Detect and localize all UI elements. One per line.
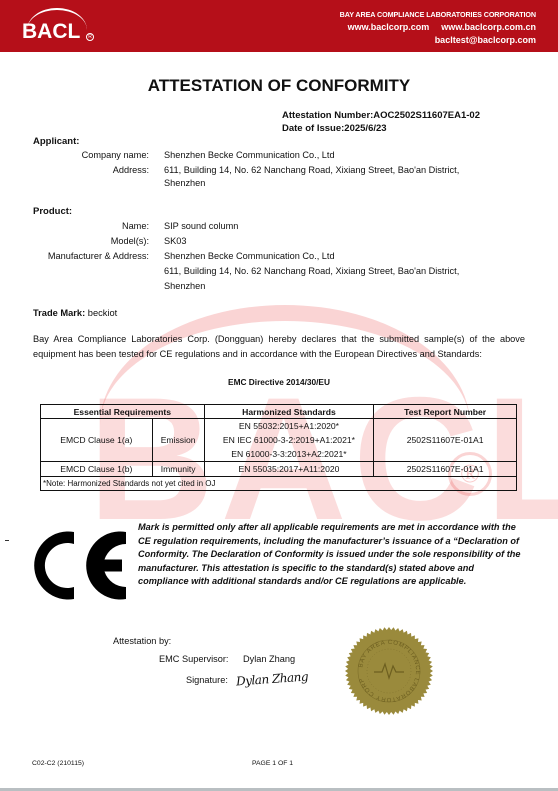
attestation-meta: Attestation Number:AOC2502S11607EA1-02 D… bbox=[282, 109, 480, 135]
website-cn-link[interactable]: www.baclcorp.com.cn bbox=[441, 22, 536, 32]
header-test-report-number: Test Report Number bbox=[374, 405, 517, 419]
logo-text: BACL bbox=[22, 20, 80, 44]
standard-item: EN 61000-3-3:2013+A2:2021* bbox=[207, 447, 372, 461]
standard-item: EN 55032:2015+A1:2020* bbox=[207, 419, 372, 433]
supervisor-label: EMC Supervisor: bbox=[159, 654, 228, 664]
attestation-by-label: Attestation by: bbox=[113, 636, 171, 646]
header-harmonized-standards: Harmonized Standards bbox=[204, 405, 374, 419]
form-code: C02-C2 (210115) bbox=[32, 760, 84, 767]
clause-cell: EMCD Clause 1(b) bbox=[41, 462, 153, 477]
table-row: EMCD Clause 1(a) Emission EN 55032:2015+… bbox=[41, 419, 517, 462]
table-note: *Note: Harmonized Standards not yet cite… bbox=[41, 477, 517, 491]
manufacturer-address-line-2: Shenzhen bbox=[164, 279, 205, 295]
company-name-label: Company name: bbox=[82, 148, 149, 164]
standards-cell: EN 55035:2017+A11:2020 bbox=[204, 462, 374, 477]
margin-tick bbox=[5, 540, 9, 541]
header-essential-requirements: Essential Requirements bbox=[41, 405, 205, 419]
company-name-value: Shenzhen Becke Communication Co., Ltd bbox=[164, 148, 335, 164]
applicant-heading: Applicant: bbox=[33, 136, 79, 147]
standards-table: Essential Requirements Harmonized Standa… bbox=[40, 404, 517, 491]
document-title: ATTESTATION OF CONFORMITY bbox=[0, 76, 558, 96]
model-value: SK03 bbox=[164, 234, 186, 250]
supervisor-name: Dylan Zhang bbox=[243, 654, 295, 664]
address-label: Address: bbox=[113, 163, 149, 179]
page-number: PAGE 1 OF 1 bbox=[252, 760, 293, 767]
manufacturer-address-line-1: 611, Building 14, No. 62 Nanchang Road, … bbox=[164, 264, 459, 280]
gold-seal-icon: BAY AREA COMPLIANCE LABORATORY CORP bbox=[344, 626, 434, 716]
standard-item: EN 55035:2017+A11:2020 bbox=[207, 462, 372, 476]
product-name-value: SIP sound column bbox=[164, 219, 238, 235]
corporation-name: BAY AREA COMPLIANCE LABORATORIES CORPORA… bbox=[340, 10, 536, 19]
report-number-cell: 2502S11607E-01A1 bbox=[374, 462, 517, 477]
product-name-label: Name: bbox=[122, 219, 149, 235]
website-link[interactable]: www.baclcorp.com bbox=[348, 22, 430, 32]
ce-mark-icon bbox=[30, 528, 128, 603]
type-cell: Emission bbox=[152, 419, 204, 462]
bacl-logo: BACL R bbox=[22, 8, 102, 46]
trade-mark-value: beckiot bbox=[85, 308, 117, 318]
directive-title: EMC Directive 2014/30/EU bbox=[0, 377, 558, 387]
declaration-text: Bay Area Compliance Laboratories Corp. (… bbox=[33, 332, 525, 362]
model-label: Model(s): bbox=[111, 234, 149, 250]
clause-cell: EMCD Clause 1(a) bbox=[41, 419, 153, 462]
trade-mark-label: Trade Mark: bbox=[33, 308, 85, 318]
table-row: EMCD Clause 1(b) Immunity EN 55035:2017+… bbox=[41, 462, 517, 477]
manufacturer-label: Manufacturer & Address: bbox=[48, 249, 149, 265]
standards-cell: EN 55032:2015+A1:2020* EN IEC 61000-3-2:… bbox=[204, 419, 374, 462]
header-banner: BACL R BAY AREA COMPLIANCE LABORATORIES … bbox=[0, 0, 558, 52]
trade-mark: Trade Mark: beckiot bbox=[33, 308, 117, 318]
table-header-row: Essential Requirements Harmonized Standa… bbox=[41, 405, 517, 419]
registered-icon: R bbox=[86, 33, 94, 41]
standard-item: EN IEC 61000-3-2:2019+A1:2021* bbox=[207, 433, 372, 447]
report-number-cell: 2502S11607E-01A1 bbox=[374, 419, 517, 462]
date-of-issue: Date of Issue:2025/6/23 bbox=[282, 122, 480, 135]
signature: Dylan Zhang bbox=[236, 670, 309, 689]
manufacturer-name: Shenzhen Becke Communication Co., Ltd bbox=[164, 249, 335, 265]
email-link[interactable]: bacltest@baclcorp.com bbox=[340, 35, 536, 45]
ce-statement: Mark is permitted only after all applica… bbox=[138, 521, 523, 589]
address-line-1: 611, Building 14, No. 62 Nanchang Road, … bbox=[164, 163, 459, 179]
address-line-2: Shenzhen bbox=[164, 176, 205, 192]
type-cell: Immunity bbox=[152, 462, 204, 477]
signature-label: Signature: bbox=[186, 675, 228, 685]
attestation-number: Attestation Number:AOC2502S11607EA1-02 bbox=[282, 109, 480, 122]
product-heading: Product: bbox=[33, 206, 72, 217]
table-note-row: *Note: Harmonized Standards not yet cite… bbox=[41, 477, 517, 491]
header-contact: BAY AREA COMPLIANCE LABORATORIES CORPORA… bbox=[340, 10, 536, 45]
